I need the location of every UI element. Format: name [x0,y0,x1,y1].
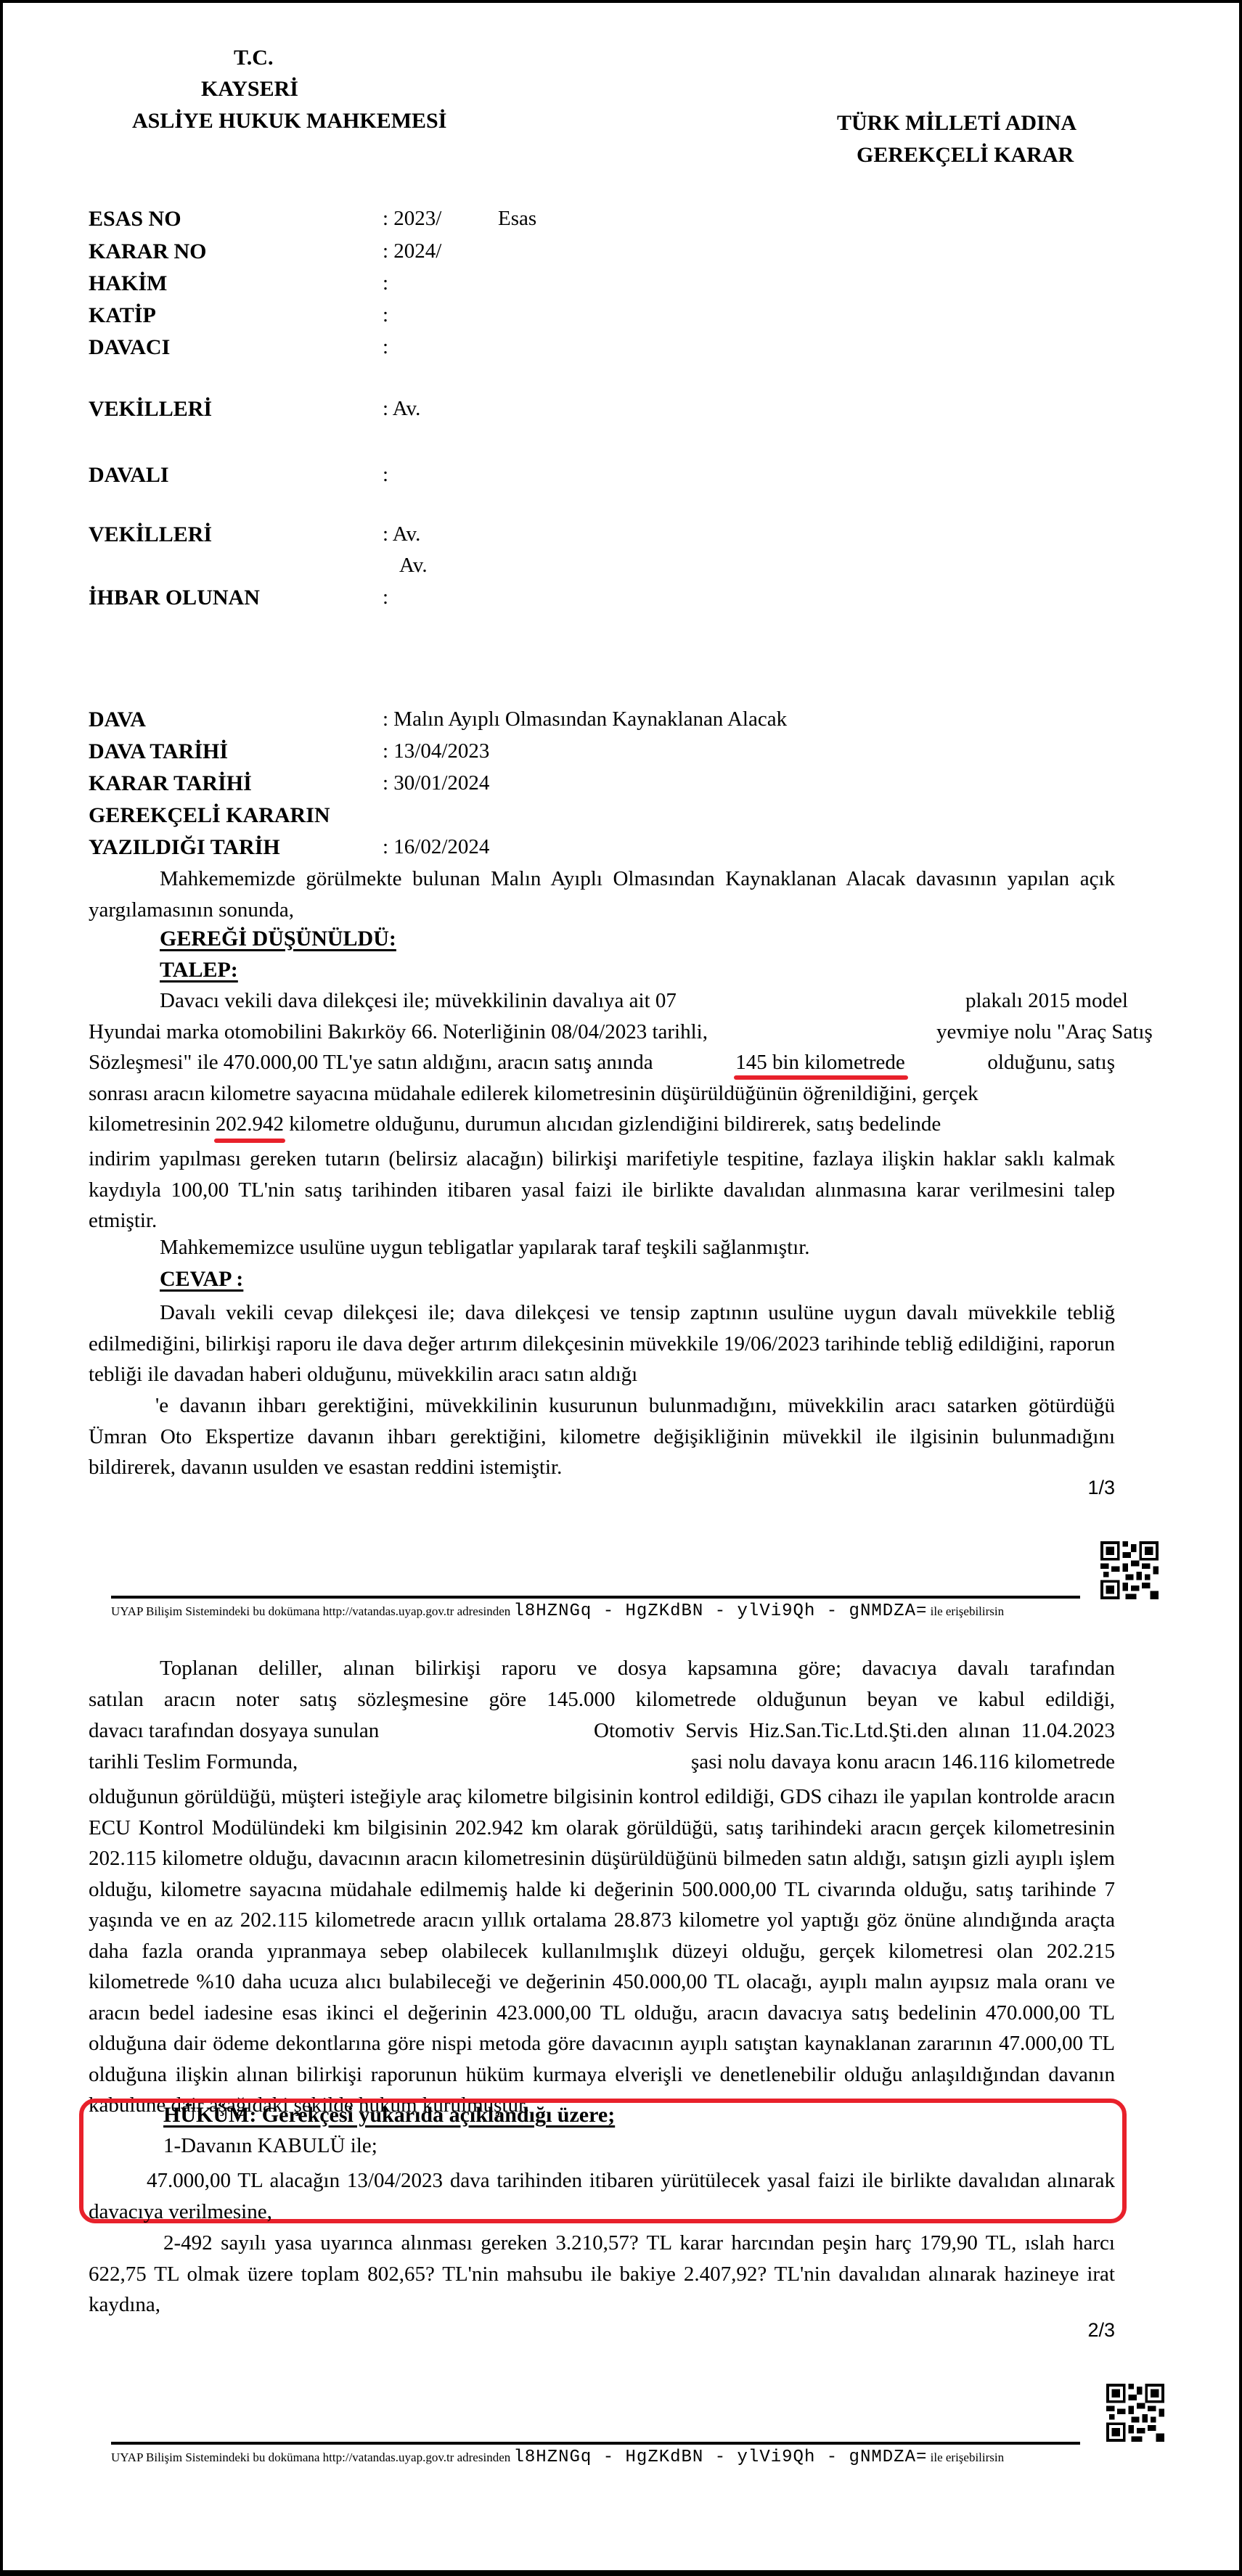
gerekce-line-4b: şasi nolu davaya konu aracın 146.116 kil… [691,1750,1115,1774]
cevap-paragraph-1: Davalı vekili cevap dilekçesi ile; dava … [89,1297,1115,1390]
value-yazildigi-tarih: : 16/02/2024 [383,835,489,859]
red-underline [734,1075,908,1080]
label-davaci: DAVACI [89,335,170,360]
gerekce-line-3b: Otomotiv Servis Hiz.San.Tic.Ltd.Şti.den … [594,1719,1115,1743]
label-gerekceli-kararin: GEREKÇELİ KARARIN [89,803,330,828]
page-number-1: 1/3 [1087,1477,1115,1499]
footer-suffix: ile erişebilirsin [931,1604,1005,1618]
value-davaci-vekilleri: : Av. [383,397,420,421]
qr-code-icon [1106,2384,1164,2442]
talep-line-2a: Hyundai marka otomobilini Bakırköy 66. N… [89,1020,708,1044]
value-davali: : [383,463,388,487]
hukum-item-2: 47.000,00 TL alacağın 13/04/2023 dava ta… [89,2165,1115,2227]
label-karar-tarihi: KARAR TARİHİ [89,771,252,796]
header-title: GEREKÇELİ KARAR [857,139,1074,171]
page-number-2: 2/3 [1087,2319,1115,2342]
value-karar-tarihi: : 30/01/2024 [383,771,489,795]
value-karar-no: : 2024/ [383,239,441,263]
label-dava-tarihi: DAVA TARİHİ [89,739,228,764]
footer-rule [111,1596,1080,1599]
footer-prefix: UYAP Bilişim Sistemindeki bu dokümana ht… [111,2450,510,2464]
footer-text: UYAP Bilişim Sistemindeki bu dokümana ht… [111,1601,1004,1621]
gerebi-dusunuldu-heading: GEREĞİ DÜŞÜNÜLDÜ: [160,927,396,951]
gerekce-line-3a: davacı tarafından dosyaya sunulan [89,1719,379,1743]
header-city: KAYSERİ [201,73,298,105]
header-tc: T.C. [234,42,273,74]
value-hakim: : [383,271,388,295]
talep-line-3b: olduğunu, satış [987,1051,1115,1075]
value-ihbar-olunan: : [383,586,388,610]
highlighted-text: 145 bin kilometrede [735,1051,905,1074]
talep-rest: indirim yapılması gereken tutarın (belir… [89,1144,1115,1236]
label-ihbar-olunan: İHBAR OLUNAN [89,586,260,610]
qr-code-icon [1100,1541,1159,1599]
label-yazildigi-tarih: YAZILDIĞI TARİH [89,835,280,860]
cevap-paragraph-2: 'e davanın ihbarı gerektiğini, müvekkili… [89,1390,1115,1483]
talep-line-1b: plakalı 2015 model [965,989,1128,1013]
footer-prefix: UYAP Bilişim Sistemindeki bu dokümana ht… [111,1604,510,1618]
talep-line-5b: kilometre olduğunu, durumun alıcıdan giz… [284,1112,941,1136]
header-nation: TÜRK MİLLETİ ADINA [837,107,1076,139]
teblig-paragraph: Mahkememizce usulüne uygun tebligatlar y… [160,1236,810,1260]
label-davali-vekilleri: VEKİLLERİ [89,522,212,547]
talep-line-5: kilometresinin 202.942 kilometre olduğun… [89,1112,1115,1136]
talep-heading: TALEP: [160,958,238,983]
label-esas-no: ESAS NO [89,207,181,231]
value-esas-no: : 2023/ [383,207,441,231]
value-davaci: : [383,335,388,359]
value-dava: : Malın Ayıplı Olmasından Kaynaklanan Al… [383,707,787,731]
highlight-145-bin-km: 145 bin kilometrede [735,1051,905,1075]
talep-line-4: sonrası aracın kilometre sayacına müdaha… [89,1082,979,1106]
label-davali: DAVALI [89,463,169,488]
footer-rule [111,2442,1080,2445]
talep-line-3a: Sözleşmesi" ile 470.000,00 TL'ye satın a… [89,1051,653,1075]
gerekce-line-4a: tarihli Teslim Formunda, [89,1750,298,1774]
highlighted-text: 202.942 [216,1112,284,1136]
value-dava-tarihi: : 13/04/2023 [383,739,489,763]
hukum-heading: HÜKÜM: Gerekçesi yukarıda açıklandığı üz… [163,2103,615,2128]
hukum-item-1: 1-Davanın KABULÜ ile; [163,2134,377,2158]
label-dava: DAVA [89,707,146,732]
gerekce-line-1: Toplanan deliller, alınan bilirkişi rapo… [160,1657,1115,1681]
gerekce-rest: olduğunun görüldüğü, müşteri isteğiyle a… [89,1781,1115,2121]
footer-access-code: l8HZNGq - HgZKdBN - ylVi9Qh - gNMDZA= [513,2448,927,2467]
talep-line-3: Sözleşmesi" ile 470.000,00 TL'ye satın a… [89,1051,1115,1075]
gerekce-line-2: satılan aracın noter satış sözleşmesine … [89,1688,1115,1712]
label-hakim: HAKİM [89,271,167,296]
footer-suffix: ile erişebilirsin [931,2450,1005,2464]
highlight-202942: 202.942 [216,1112,284,1136]
header-court: ASLİYE HUKUK MAHKEMESİ [132,105,446,137]
footer-text: UYAP Bilişim Sistemindeki bu dokümana ht… [111,2448,1004,2467]
value-davali-vekilleri: : Av. [383,522,420,546]
intro-paragraph: Mahkememizde görülmekte bulunan Malın Ay… [89,864,1115,925]
value-davali-vekilleri-2: Av. [399,554,428,578]
value-esas-suffix: Esas [498,207,536,231]
talep-line-5a: kilometresinin [89,1112,216,1136]
footer-access-code: l8HZNGq - HgZKdBN - ylVi9Qh - gNMDZA= [513,1601,927,1621]
talep-line-1a: Davacı vekili dava dilekçesi ile; müvekk… [160,989,677,1013]
talep-line-2b: yevmiye nolu "Araç Satış [936,1020,1153,1044]
label-katip: KATİP [89,303,156,328]
harc-paragraph: 2-492 sayılı yasa uyarınca alınması gere… [89,2228,1115,2321]
value-katip: : [383,303,388,327]
label-davaci-vekilleri: VEKİLLERİ [89,397,212,422]
cevap-heading: CEVAP : [160,1267,243,1292]
red-underline [214,1139,285,1143]
label-karar-no: KARAR NO [89,239,207,264]
